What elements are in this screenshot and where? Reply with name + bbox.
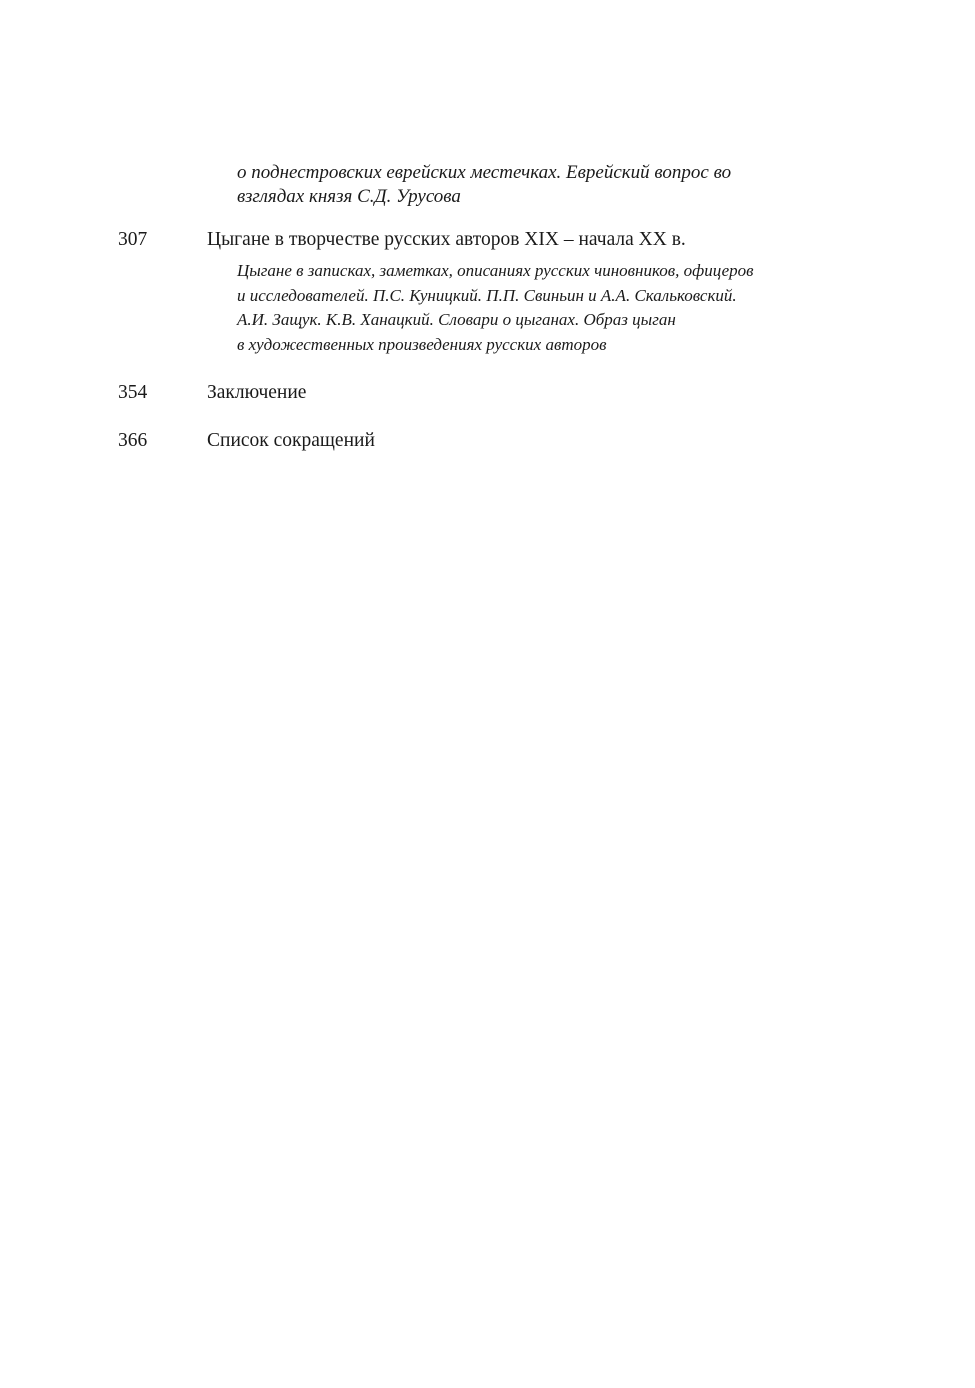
toc-entry-title[interactable]: Цыгане в творчестве русских авторов XIX …	[207, 228, 686, 252]
toc-entry-description: Цыгане в записках, заметках, описаниях р…	[237, 259, 837, 357]
description-line: Цыгане в записках, заметках, описаниях р…	[237, 259, 837, 284]
description-line: взглядах князя С.Д. Урусова	[237, 185, 797, 209]
toc-page-number: 307	[118, 228, 147, 252]
description-line: и исследователей. П.С. Куницкий. П.П. Св…	[237, 284, 837, 309]
toc-entry-title[interactable]: Заключение	[207, 381, 306, 405]
toc-continuation-description: о поднестровских еврейских местечках. Ев…	[237, 161, 797, 209]
description-line: А.И. Защук. К.В. Ханацкий. Словари о цыг…	[237, 308, 837, 333]
toc-page-number: 366	[118, 429, 147, 453]
toc-entry-title[interactable]: Список сокращений	[207, 429, 375, 453]
toc-page-number: 354	[118, 381, 147, 405]
description-line: о поднестровских еврейских местечках. Ев…	[237, 161, 797, 185]
description-line: в художественных произведениях русских а…	[237, 333, 837, 358]
